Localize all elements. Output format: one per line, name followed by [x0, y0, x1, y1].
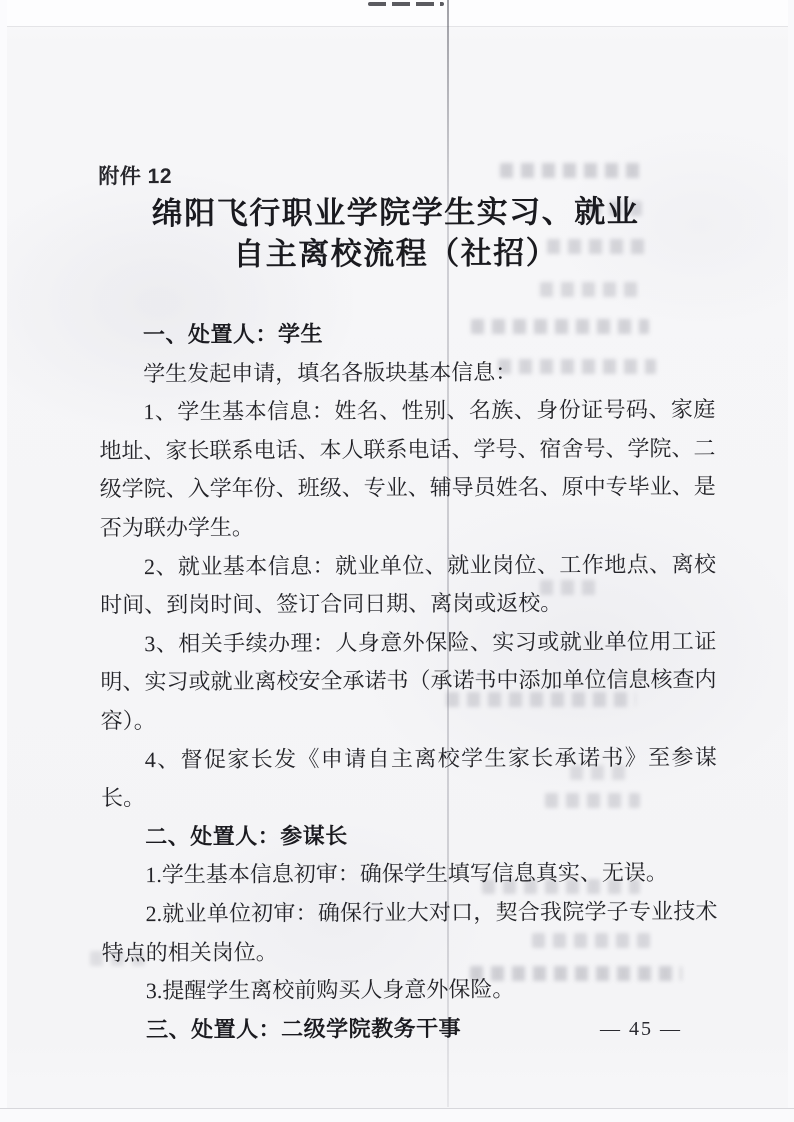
body-paragraph: 4、督促家长发《申请自主离校学生家长承诺书》至参谋长。 [101, 738, 717, 818]
body-paragraph: 2.就业单位初审：确保行业大对口，契合我院学子专业技术特点的相关岗位。 [101, 893, 717, 973]
document-body: 一、处置人：学生学生发起申请，填名各版块基本信息：1、学生基本信息：姓名、性别、… [99, 314, 718, 1050]
body-paragraph: 1、学生基本信息：姓名、性别、名族、身份证号码、家庭地址、家长联系电话、本人联系… [99, 391, 716, 548]
body-paragraph: 3、相关手续办理：人身意外保险、实习或就业单位用工证明、实习或就业离校安全承诺书… [100, 622, 716, 740]
body-paragraph: 1.学生基本信息初审：确保学生填写信息真实、无误。 [101, 854, 717, 895]
body-paragraph: 2、就业基本信息：就业单位、就业岗位、工作地点、离校时间、到岗时间、签订合同日期… [100, 545, 716, 625]
document-title: 绵阳飞行职业学院学生实习、就业 自主离校流程（社招） [0, 190, 793, 275]
section-heading: 二、处置人：参谋长 [101, 815, 717, 856]
body-paragraph: 学生发起申请，填名各版块基本信息： [99, 352, 715, 393]
scanned-page: 附件 12 绵阳飞行职业学院学生实习、就业 自主离校流程（社招） 一、处置人：学… [0, 0, 794, 1122]
attachment-label: 附件 12 [98, 160, 172, 190]
body-paragraph: 3.提醒学生离校前购买人身意外保险。 [102, 970, 718, 1011]
document-title-line2: 自主离校流程（社招） [0, 231, 793, 275]
page-number: — 45 — [571, 1018, 711, 1041]
document-title-line1: 绵阳飞行职业学院学生实习、就业 [0, 190, 793, 234]
section-heading: 一、处置人：学生 [99, 314, 715, 355]
document-content: 附件 12 绵阳飞行职业学院学生实习、就业 自主离校流程（社招） 一、处置人：学… [0, 0, 794, 1122]
